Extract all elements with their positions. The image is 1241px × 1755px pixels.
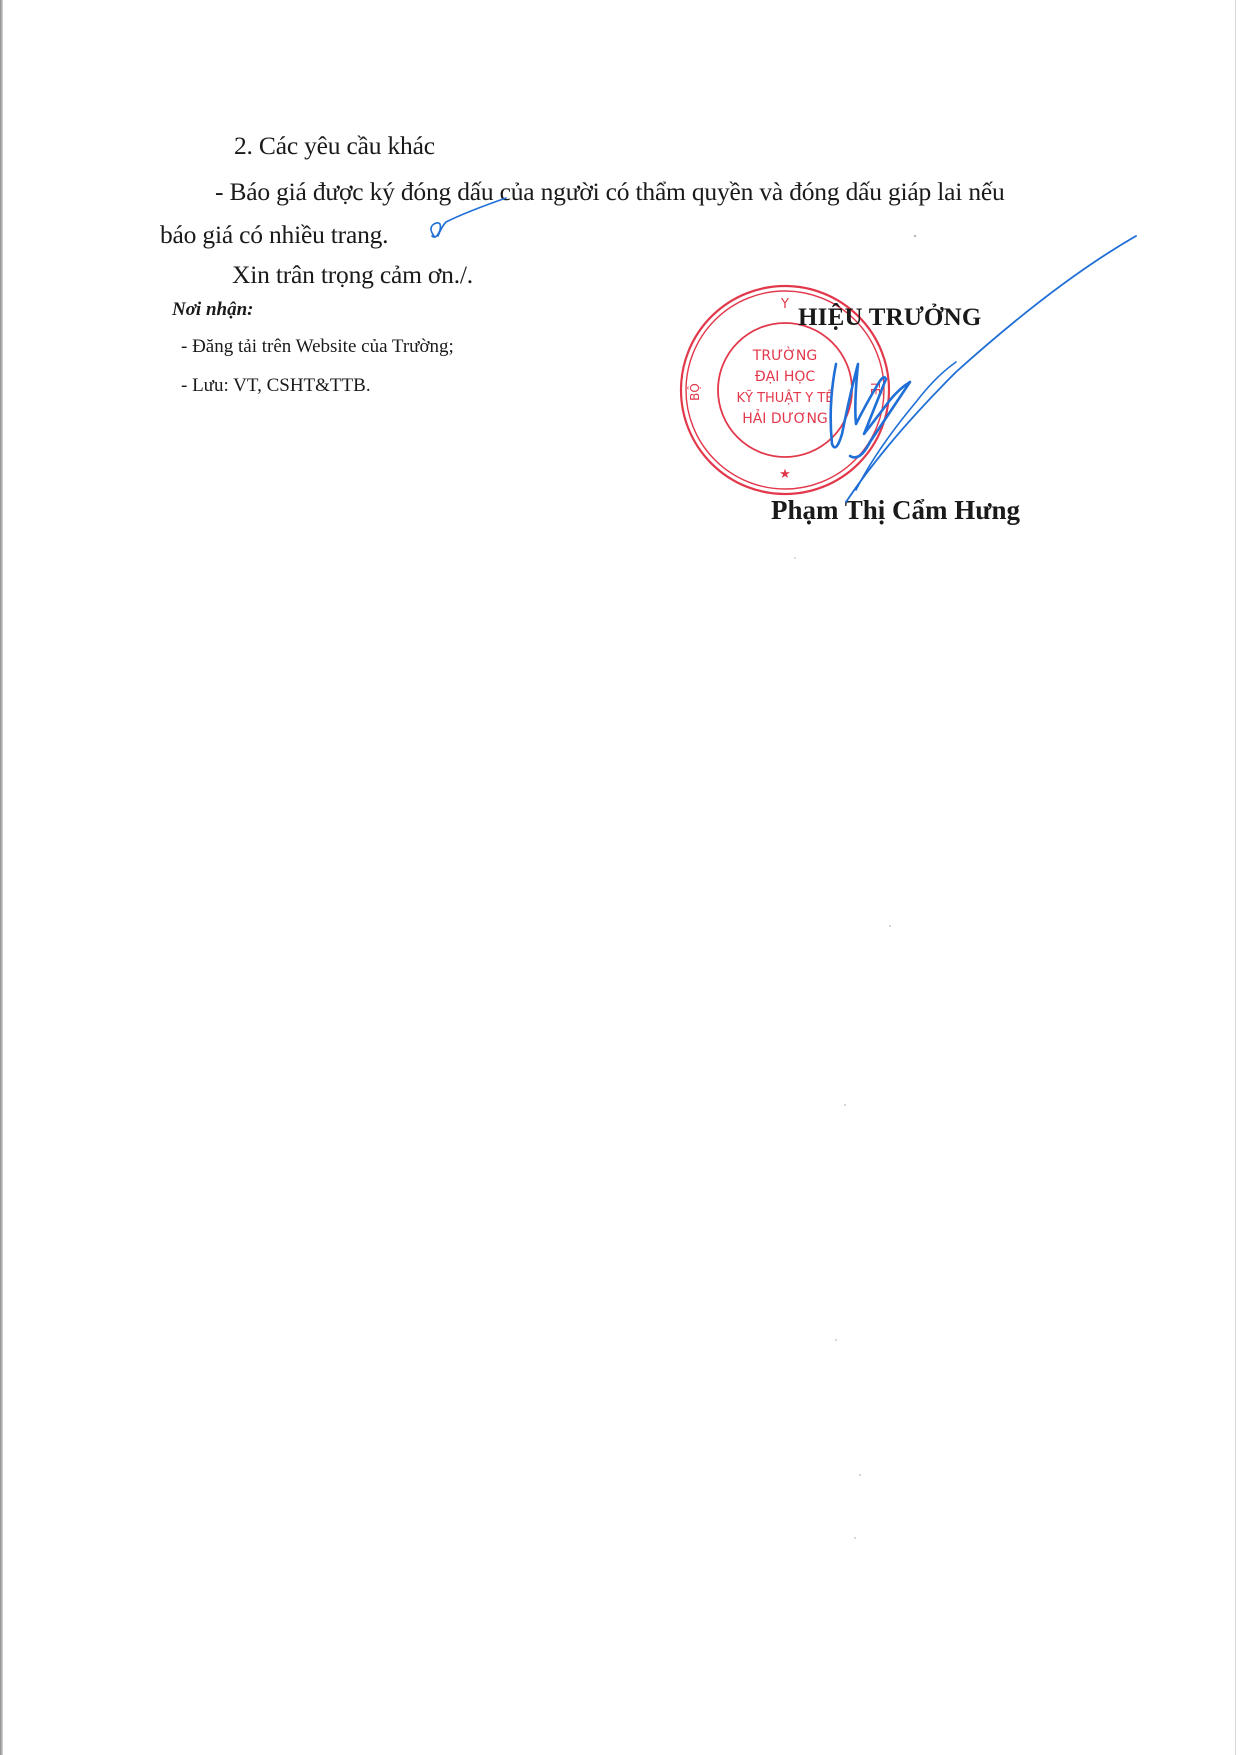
stamp-inner-line: TRƯỜNG — [752, 346, 817, 364]
stamp-outer-right: TẾ — [868, 380, 884, 396]
stamp-outer-top: Y — [780, 297, 789, 312]
stamp-inner-line: HẢI DƯƠNG — [742, 409, 828, 427]
stamp-inner-line: KỸ THUẬT Y TẾ — [736, 389, 834, 406]
signer-title: HIỆU TRƯỞNG — [798, 305, 981, 330]
stamp-star-icon: ★ — [779, 467, 791, 482]
scan-noise — [0, 0, 1241, 1755]
signer-name: Phạm Thị Cẩm Hưng — [771, 497, 1020, 524]
stamp-outer-left: BỘ — [687, 383, 702, 401]
stamp-inner-line: ĐẠI HỌC — [755, 369, 816, 385]
